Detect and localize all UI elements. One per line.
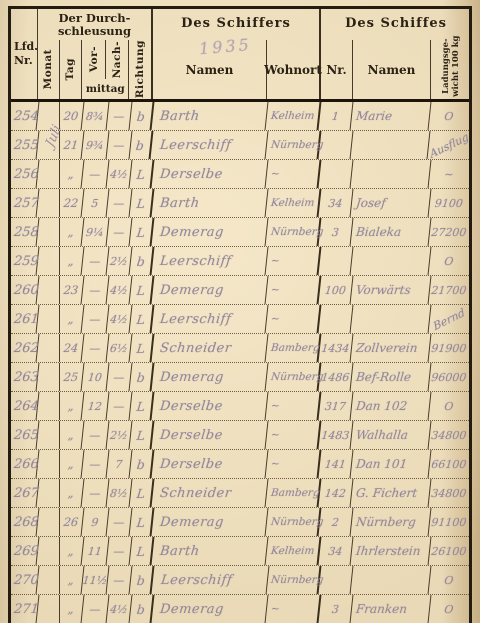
cell-lfd-nr: 264 <box>10 392 40 420</box>
cell-wohnort: ~ <box>266 305 321 333</box>
table-row: 266 „ — 7 b Derselbe ~ 141 Dan 101 66100 <box>11 450 469 479</box>
cell-schiff-nr: 1486 <box>318 363 353 391</box>
cell-wohnort: Bamberg <box>266 334 321 362</box>
table-row: 256 „ — 4½ L Derselbe ~ ~ <box>11 160 469 189</box>
ladung-line1: Ladungsge- <box>441 34 451 98</box>
cell-monat <box>38 131 60 159</box>
cell-tag: „ <box>58 421 84 449</box>
cell-schiffer-name: Leerschiff <box>151 566 269 594</box>
cell-tag: 25 <box>58 363 84 391</box>
cell-ladungsgewicht: 91900 <box>428 334 471 362</box>
cell-lfd-nr: 271 <box>10 595 40 623</box>
cell-schiff-nr: 3 <box>318 218 353 246</box>
cell-lfd-nr: 262 <box>10 334 40 362</box>
cell-schiff-name: Ihrlerstein <box>350 537 431 565</box>
cell-schiff-name: Josef <box>350 189 431 217</box>
cell-wohnort: Kelheim <box>266 189 321 217</box>
cell-wohnort: Kelheim <box>266 537 321 565</box>
table-row: 267 „ — 8½ L Schneider Bamberg 142 G. Fi… <box>11 479 469 508</box>
table-row: 255 21 9¾ — b Leerschiff Nürnberg Ausflu… <box>11 131 469 160</box>
cell-ladungsgewicht: O <box>428 566 471 594</box>
cell-monat <box>38 160 60 188</box>
cell-nachmittag: 4½ <box>106 160 132 188</box>
cell-ladungsgewicht: O <box>428 102 471 130</box>
cell-vormittag: — <box>81 421 109 449</box>
cell-nachmittag: — <box>106 218 132 246</box>
cell-schiffer-name: Leerschiff <box>151 247 269 275</box>
table-header: Lfd. Nr. Der Durch- schleusung Monat Tag <box>11 9 469 102</box>
cell-schiffer-name: Barth <box>151 102 269 130</box>
cell-schiff-name: Walhalla <box>350 421 431 449</box>
cell-monat <box>38 247 60 275</box>
cell-schiffer-name: Derselbe <box>151 392 269 420</box>
lfd-label-line2: Nr. <box>14 54 33 68</box>
cell-tag: „ <box>58 218 84 246</box>
cell-monat <box>38 566 60 594</box>
cell-tag: „ <box>58 247 84 275</box>
cell-schiff-name <box>350 160 431 188</box>
cell-schiff-nr: 141 <box>318 450 353 478</box>
column-header-nachmittag: Nach- <box>106 40 129 79</box>
cell-monat <box>38 334 60 362</box>
cell-monat <box>38 508 60 536</box>
cell-nachmittag: 4½ <box>106 305 132 333</box>
cell-vormittag: 9¾ <box>81 131 109 159</box>
table-row: 269 „ 11 — L Barth Kelheim 34 Ihrlerstei… <box>11 537 469 566</box>
cell-nachmittag: — <box>106 189 132 217</box>
cell-wohnort: ~ <box>266 421 321 449</box>
cell-ladungsgewicht: ~ <box>428 160 471 188</box>
cell-vormittag: — <box>81 247 109 275</box>
cell-vormittag: 11 <box>81 537 109 565</box>
cell-schiffer-name: Demerag <box>151 595 269 623</box>
cell-schiffer-name: Demerag <box>151 508 269 536</box>
cell-tag: „ <box>58 479 84 507</box>
cell-schiff-nr: 3 <box>318 595 353 623</box>
cell-vormittag: 8¾ <box>81 102 109 130</box>
cell-lfd-nr: 255 <box>10 131 40 159</box>
column-header-tag: Tag <box>60 40 83 99</box>
cell-monat <box>38 189 60 217</box>
cell-lfd-nr: 256 <box>10 160 40 188</box>
table-row: 259 „ — 2½ b Leerschiff ~ O <box>11 247 469 276</box>
cell-monat <box>38 102 60 130</box>
cell-vormittag: 12 <box>81 392 109 420</box>
cell-schiffer-name: Barth <box>151 537 269 565</box>
cell-nachmittag: 6½ <box>106 334 132 362</box>
table-row: 264 „ 12 — L Derselbe ~ 317 Dan 102 O <box>11 392 469 421</box>
column-header-monat: Monat <box>38 40 60 99</box>
cell-schiffer-name: Demerag <box>151 363 269 391</box>
cell-nachmittag: — <box>106 102 132 130</box>
cell-wohnort: ~ <box>266 276 321 304</box>
cell-nachmittag: 4½ <box>106 595 132 623</box>
cell-monat <box>38 363 60 391</box>
cell-monat <box>38 450 60 478</box>
durch-line2: schleusung <box>58 25 131 38</box>
cell-wohnort: Bamberg <box>266 479 321 507</box>
cell-wohnort: Nürnberg <box>266 131 321 159</box>
cell-schiff-name: Bialeka <box>350 218 431 246</box>
cell-schiff-name <box>350 131 430 159</box>
cell-lfd-nr: 261 <box>10 305 40 333</box>
table-row: 257 22 5 — L Barth Kelheim 34 Josef 9100 <box>11 189 469 218</box>
cell-wohnort: Kelheim <box>266 102 321 130</box>
cell-schiff-name <box>350 247 431 275</box>
cell-monat <box>38 305 60 333</box>
cell-wohnort: ~ <box>266 595 321 623</box>
cell-vormittag: — <box>81 276 109 304</box>
cell-ladungsgewicht: 9100 <box>428 189 471 217</box>
cell-schiffer-name: Demerag <box>151 276 269 304</box>
cell-schiff-nr: 34 <box>318 537 353 565</box>
cell-monat <box>38 421 60 449</box>
cell-ladungsgewicht: 91100 <box>428 508 471 536</box>
cell-nachmittag: — <box>106 537 132 565</box>
cell-nachmittag: — <box>106 363 132 391</box>
cell-tag: „ <box>58 160 84 188</box>
cell-schiff-nr <box>318 247 353 275</box>
cell-monat <box>38 218 60 246</box>
cell-schiff-name: Marie <box>350 102 431 130</box>
table-row: 265 „ — 2½ L Derselbe ~ 1483 Walhalla 34… <box>11 421 469 450</box>
cell-schiff-nr <box>318 305 353 333</box>
cell-monat <box>38 537 60 565</box>
cell-wohnort: ~ <box>266 160 321 188</box>
cell-ladungsgewicht: 26100 <box>428 537 471 565</box>
cell-vormittag: 10 <box>81 363 109 391</box>
cell-schiff-nr <box>318 566 353 594</box>
cell-lfd-nr: 269 <box>10 537 40 565</box>
cell-vormittag: — <box>81 595 109 623</box>
cell-ladungsgewicht: O <box>428 247 471 275</box>
cell-schiffer-name: Derselbe <box>151 421 269 449</box>
table-row: 271 „ — 4½ b Demerag ~ 3 Franken O <box>11 595 469 623</box>
cell-ladungsgewicht: 66100 <box>428 450 471 478</box>
cell-tag: 26 <box>58 508 84 536</box>
cell-schiff-nr: 100 <box>318 276 353 304</box>
cell-schiff-nr: 1483 <box>318 421 353 449</box>
cell-ladungsgewicht: 21700 <box>428 276 471 304</box>
cell-schiff-name: Nürnberg <box>350 508 431 536</box>
cell-schiffer-name: Derselbe <box>151 450 269 478</box>
cell-nachmittag: 4½ <box>106 276 132 304</box>
cell-nachmittag: 8½ <box>106 479 132 507</box>
cell-schiffer-name: Derselbe <box>151 160 269 188</box>
cell-wohnort: ~ <box>266 450 321 478</box>
cell-lfd-nr: 258 <box>10 218 40 246</box>
header-group-des-schiffes: Des Schiffes Nr. Namen Ladungsge- wicht … <box>321 9 471 99</box>
cell-tag: „ <box>58 392 84 420</box>
cell-vormittag: 11½ <box>81 566 109 594</box>
table-row: 260 23 — 4½ L Demerag ~ 100 Vorwärts 217… <box>11 276 469 305</box>
cell-schiffer-name: Schneider <box>151 334 269 362</box>
table-row: 270 „ 11½ — b Leerschiff Nürnberg O <box>11 566 469 595</box>
cell-lfd-nr: 260 <box>10 276 40 304</box>
cell-schiff-name <box>350 566 431 594</box>
cell-monat <box>38 276 60 304</box>
cell-tag: „ <box>58 537 84 565</box>
cell-schiff-name: Dan 102 <box>350 392 431 420</box>
cell-ladungsgewicht: 34800 <box>428 421 471 449</box>
table-row: 258 „ 9¼ — L Demerag Nürnberg 3 Bialeka … <box>11 218 469 247</box>
cell-tag: 21 <box>58 131 84 159</box>
cell-lfd-nr: 259 <box>10 247 40 275</box>
cell-ladungsgewicht: 27200 <box>428 218 471 246</box>
table-row: 254 20 8¾ — b Barth Kelheim 1 Marie O <box>11 102 469 131</box>
cell-monat <box>38 392 60 420</box>
cell-schiff-nr: 142 <box>318 479 353 507</box>
cell-schiffer-name: Leerschiff <box>151 131 269 159</box>
cell-vormittag: — <box>81 305 109 333</box>
column-header-schiff-namen: Namen <box>353 40 431 99</box>
durch-line1: Der Durch- <box>59 12 131 25</box>
cell-nachmittag: 2½ <box>106 247 132 275</box>
cell-schiffer-name: Leerschiff <box>151 305 269 333</box>
cell-nachmittag: — <box>106 508 132 536</box>
cell-schiff-name: Vorwärts <box>350 276 431 304</box>
cell-wohnort: Nürnberg <box>266 363 321 391</box>
lfd-label-line1: Lfd. <box>14 40 38 54</box>
cell-schiff-nr: 1434 <box>318 334 353 362</box>
cell-ladungsgewicht: O <box>428 392 471 420</box>
cell-schiff-name: Dan 101 <box>350 450 431 478</box>
table-row: 262 24 — 6½ L Schneider Bamberg 1434 Zol… <box>11 334 469 363</box>
cell-schiff-nr: 317 <box>318 392 353 420</box>
cell-vormittag: 9 <box>81 508 109 536</box>
cell-schiff-nr <box>318 160 353 188</box>
cell-tag: 23 <box>58 276 84 304</box>
cell-lfd-nr: 265 <box>10 421 40 449</box>
table-body: 254 20 8¾ — b Barth Kelheim 1 Marie O 25… <box>11 102 469 623</box>
cell-monat <box>38 595 60 623</box>
header-group-durchschleusung: Der Durch- schleusung Monat Tag Vor- <box>38 9 153 99</box>
cell-nachmittag: 2½ <box>106 421 132 449</box>
cell-schiff-nr: 1 <box>318 102 353 130</box>
cell-tag: 24 <box>58 334 84 362</box>
ladung-line2: wicht 100 kg <box>451 34 461 98</box>
cell-vormittag: — <box>81 334 109 362</box>
cell-nachmittag: — <box>106 566 132 594</box>
cell-nachmittag: 7 <box>106 450 132 478</box>
cell-schiff-name: Franken <box>350 595 431 623</box>
cell-lfd-nr: 268 <box>10 508 40 536</box>
cell-schiff-nr: 34 <box>318 189 353 217</box>
cell-lfd-nr: 266 <box>10 450 40 478</box>
cell-tag: „ <box>58 450 84 478</box>
cell-vormittag: 9¼ <box>81 218 109 246</box>
cell-tag: „ <box>58 566 84 594</box>
table-row: 261 „ — 4½ L Leerschiff ~ Bernd <box>11 305 469 334</box>
column-header-mittag: mittag <box>82 79 128 99</box>
cell-lfd-nr: 257 <box>10 189 40 217</box>
cell-ladungsgewicht: 34800 <box>428 479 471 507</box>
cell-ladungsgewicht: O <box>428 595 471 623</box>
cell-schiff-name: Zollverein <box>350 334 431 362</box>
cell-tag: „ <box>58 305 84 333</box>
cell-richtung: b <box>129 566 154 594</box>
cell-vormittag: 5 <box>81 189 109 217</box>
ledger-table: Lfd. Nr. Der Durch- schleusung Monat Tag <box>8 6 472 623</box>
cell-tag: 20 <box>58 102 84 130</box>
cell-schiffer-name: Schneider <box>151 479 269 507</box>
cell-tag: 22 <box>58 189 84 217</box>
table-row: 268 26 9 — L Demerag Nürnberg 2 Nürnberg… <box>11 508 469 537</box>
cell-tag: „ <box>58 595 84 623</box>
cell-vormittag: — <box>81 160 109 188</box>
cell-schiff-nr <box>318 131 353 159</box>
scanned-ledger-page: Lfd. Nr. Der Durch- schleusung Monat Tag <box>0 0 480 623</box>
cell-lfd-nr: 254 <box>10 102 40 130</box>
column-header-vormittag: Vor- <box>82 40 106 79</box>
table-row: 263 25 10 — b Demerag Nürnberg 1486 Bef-… <box>11 363 469 392</box>
cell-wohnort: Nürnberg <box>266 218 321 246</box>
group-label-durchschleusung: Der Durch- schleusung <box>38 9 151 40</box>
cell-monat <box>38 479 60 507</box>
cell-schiff-name <box>350 305 431 333</box>
cell-schiffer-name: Demerag <box>151 218 269 246</box>
column-header-richtung: Richtung <box>129 40 151 99</box>
cell-schiff-name: G. Fichert <box>350 479 431 507</box>
cell-schiff-name: Bef-Rolle <box>350 363 431 391</box>
cell-lfd-nr: 270 <box>10 566 40 594</box>
column-header-schiff-nr: Nr. <box>321 40 353 99</box>
cell-wohnort: ~ <box>266 247 321 275</box>
cell-nachmittag: — <box>106 392 132 420</box>
cell-schiffer-name: Barth <box>151 189 269 217</box>
cell-vormittag: — <box>81 450 109 478</box>
column-header-ladungsgewicht: Ladungsge- wicht 100 kg <box>431 40 471 99</box>
cell-ladungsgewicht: 96000 <box>428 363 471 391</box>
column-header-wohnort: Wohnort <box>267 40 319 99</box>
cell-wohnort: Nürnberg <box>266 566 321 594</box>
column-header-vor-nachmittag: Vor- Nach- mittag <box>82 40 129 99</box>
cell-lfd-nr: 263 <box>10 363 40 391</box>
cell-vormittag: — <box>81 479 109 507</box>
cell-wohnort: ~ <box>266 392 321 420</box>
column-header-lfd-nr: Lfd. Nr. <box>11 9 38 99</box>
cell-schiff-nr: 2 <box>318 508 353 536</box>
cell-wohnort: Nürnberg <box>266 508 321 536</box>
cell-lfd-nr: 267 <box>10 479 40 507</box>
